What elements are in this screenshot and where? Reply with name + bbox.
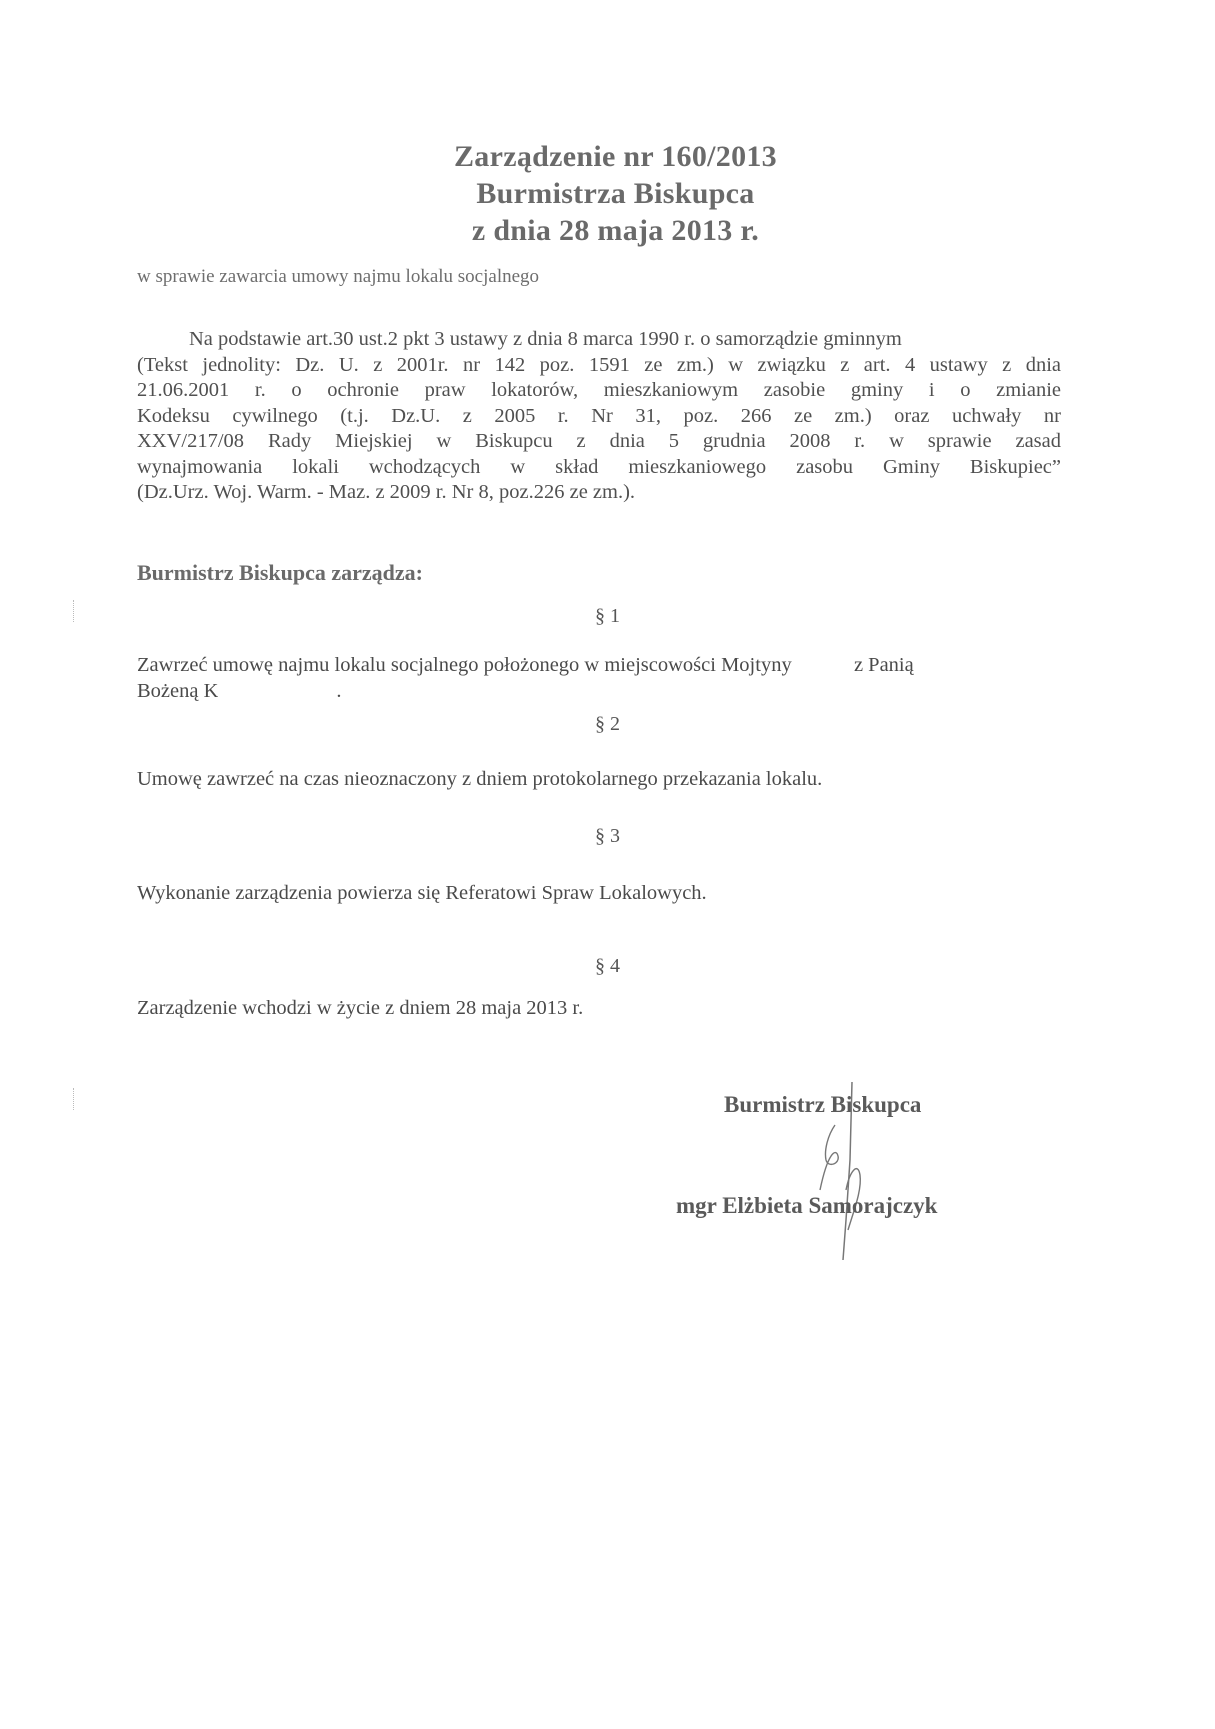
legal-basis-line: Na podstawie art.30 ust.2 pkt 3 ustawy z… (137, 327, 1061, 353)
scan-artifact (73, 1088, 78, 1110)
document-title: Zarządzenie nr 160/2013 Burmistrza Bisku… (0, 138, 1215, 249)
paragraph-2-text: Umowę zawrzeć na czas nieoznaczony z dni… (137, 766, 1067, 792)
legal-basis-line: wynajmowania lokali wchodzących w skład … (137, 455, 1061, 481)
title-line-date: z dnia 28 maja 2013 r. (16, 212, 1215, 249)
title-line-order-number: Zarządzenie nr 160/2013 (16, 138, 1215, 175)
title-line-issuer: Burmistrza Biskupca (16, 175, 1215, 212)
paragraph-1-text-part1: Zawrzeć umowę najmu lokalu socjalnego po… (137, 654, 792, 676)
paragraph-4-text: Zarządzenie wchodzi w życie z dniem 28 m… (137, 995, 1067, 1021)
handwritten-signature-icon (780, 1080, 900, 1265)
paragraph-1-tenant-name: Bożeną K (137, 680, 218, 702)
paragraph-3-text: Wykonanie zarządzenia powierza się Refer… (137, 880, 1067, 906)
paragraph-1-mark: § 1 (0, 605, 1215, 628)
legal-basis-line: Kodeksu cywilnego (t.j. Dz.U. z 2005 r. … (137, 404, 1061, 430)
document-page: Zarządzenie nr 160/2013 Burmistrza Bisku… (0, 0, 1215, 1729)
orders-heading: Burmistrz Biskupca zarządza: (137, 560, 423, 586)
legal-basis-line: XXV/217/08 Rady Miejskiej w Biskupcu z d… (137, 429, 1061, 455)
redacted-address (797, 652, 849, 678)
paragraph-2-mark: § 2 (0, 713, 1215, 736)
legal-basis-line: (Tekst jednolity: Dz. U. z 2001r. nr 142… (137, 353, 1061, 379)
scan-artifact (73, 600, 78, 622)
legal-basis-line: (Dz.Urz. Woj. Warm. - Maz. z 2009 r. Nr … (137, 480, 1061, 506)
paragraph-4-mark: § 4 (0, 955, 1215, 978)
paragraph-3-mark: § 3 (0, 825, 1215, 848)
document-subject: w sprawie zawarcia umowy najmu lokalu so… (137, 266, 539, 288)
signatory-name: mgr Elżbieta Samorajczyk (676, 1193, 937, 1219)
legal-basis: Na podstawie art.30 ust.2 pkt 3 ustawy z… (137, 327, 1061, 506)
redacted-surname (218, 678, 336, 704)
legal-basis-line: 21.06.2001 r. o ochronie praw lokatorów,… (137, 378, 1061, 404)
paragraph-1-end: . (336, 680, 341, 702)
paragraph-1-text-part2: z Panią (854, 654, 914, 676)
paragraph-1-text: Zawrzeć umowę najmu lokalu socjalnego po… (137, 652, 1067, 704)
